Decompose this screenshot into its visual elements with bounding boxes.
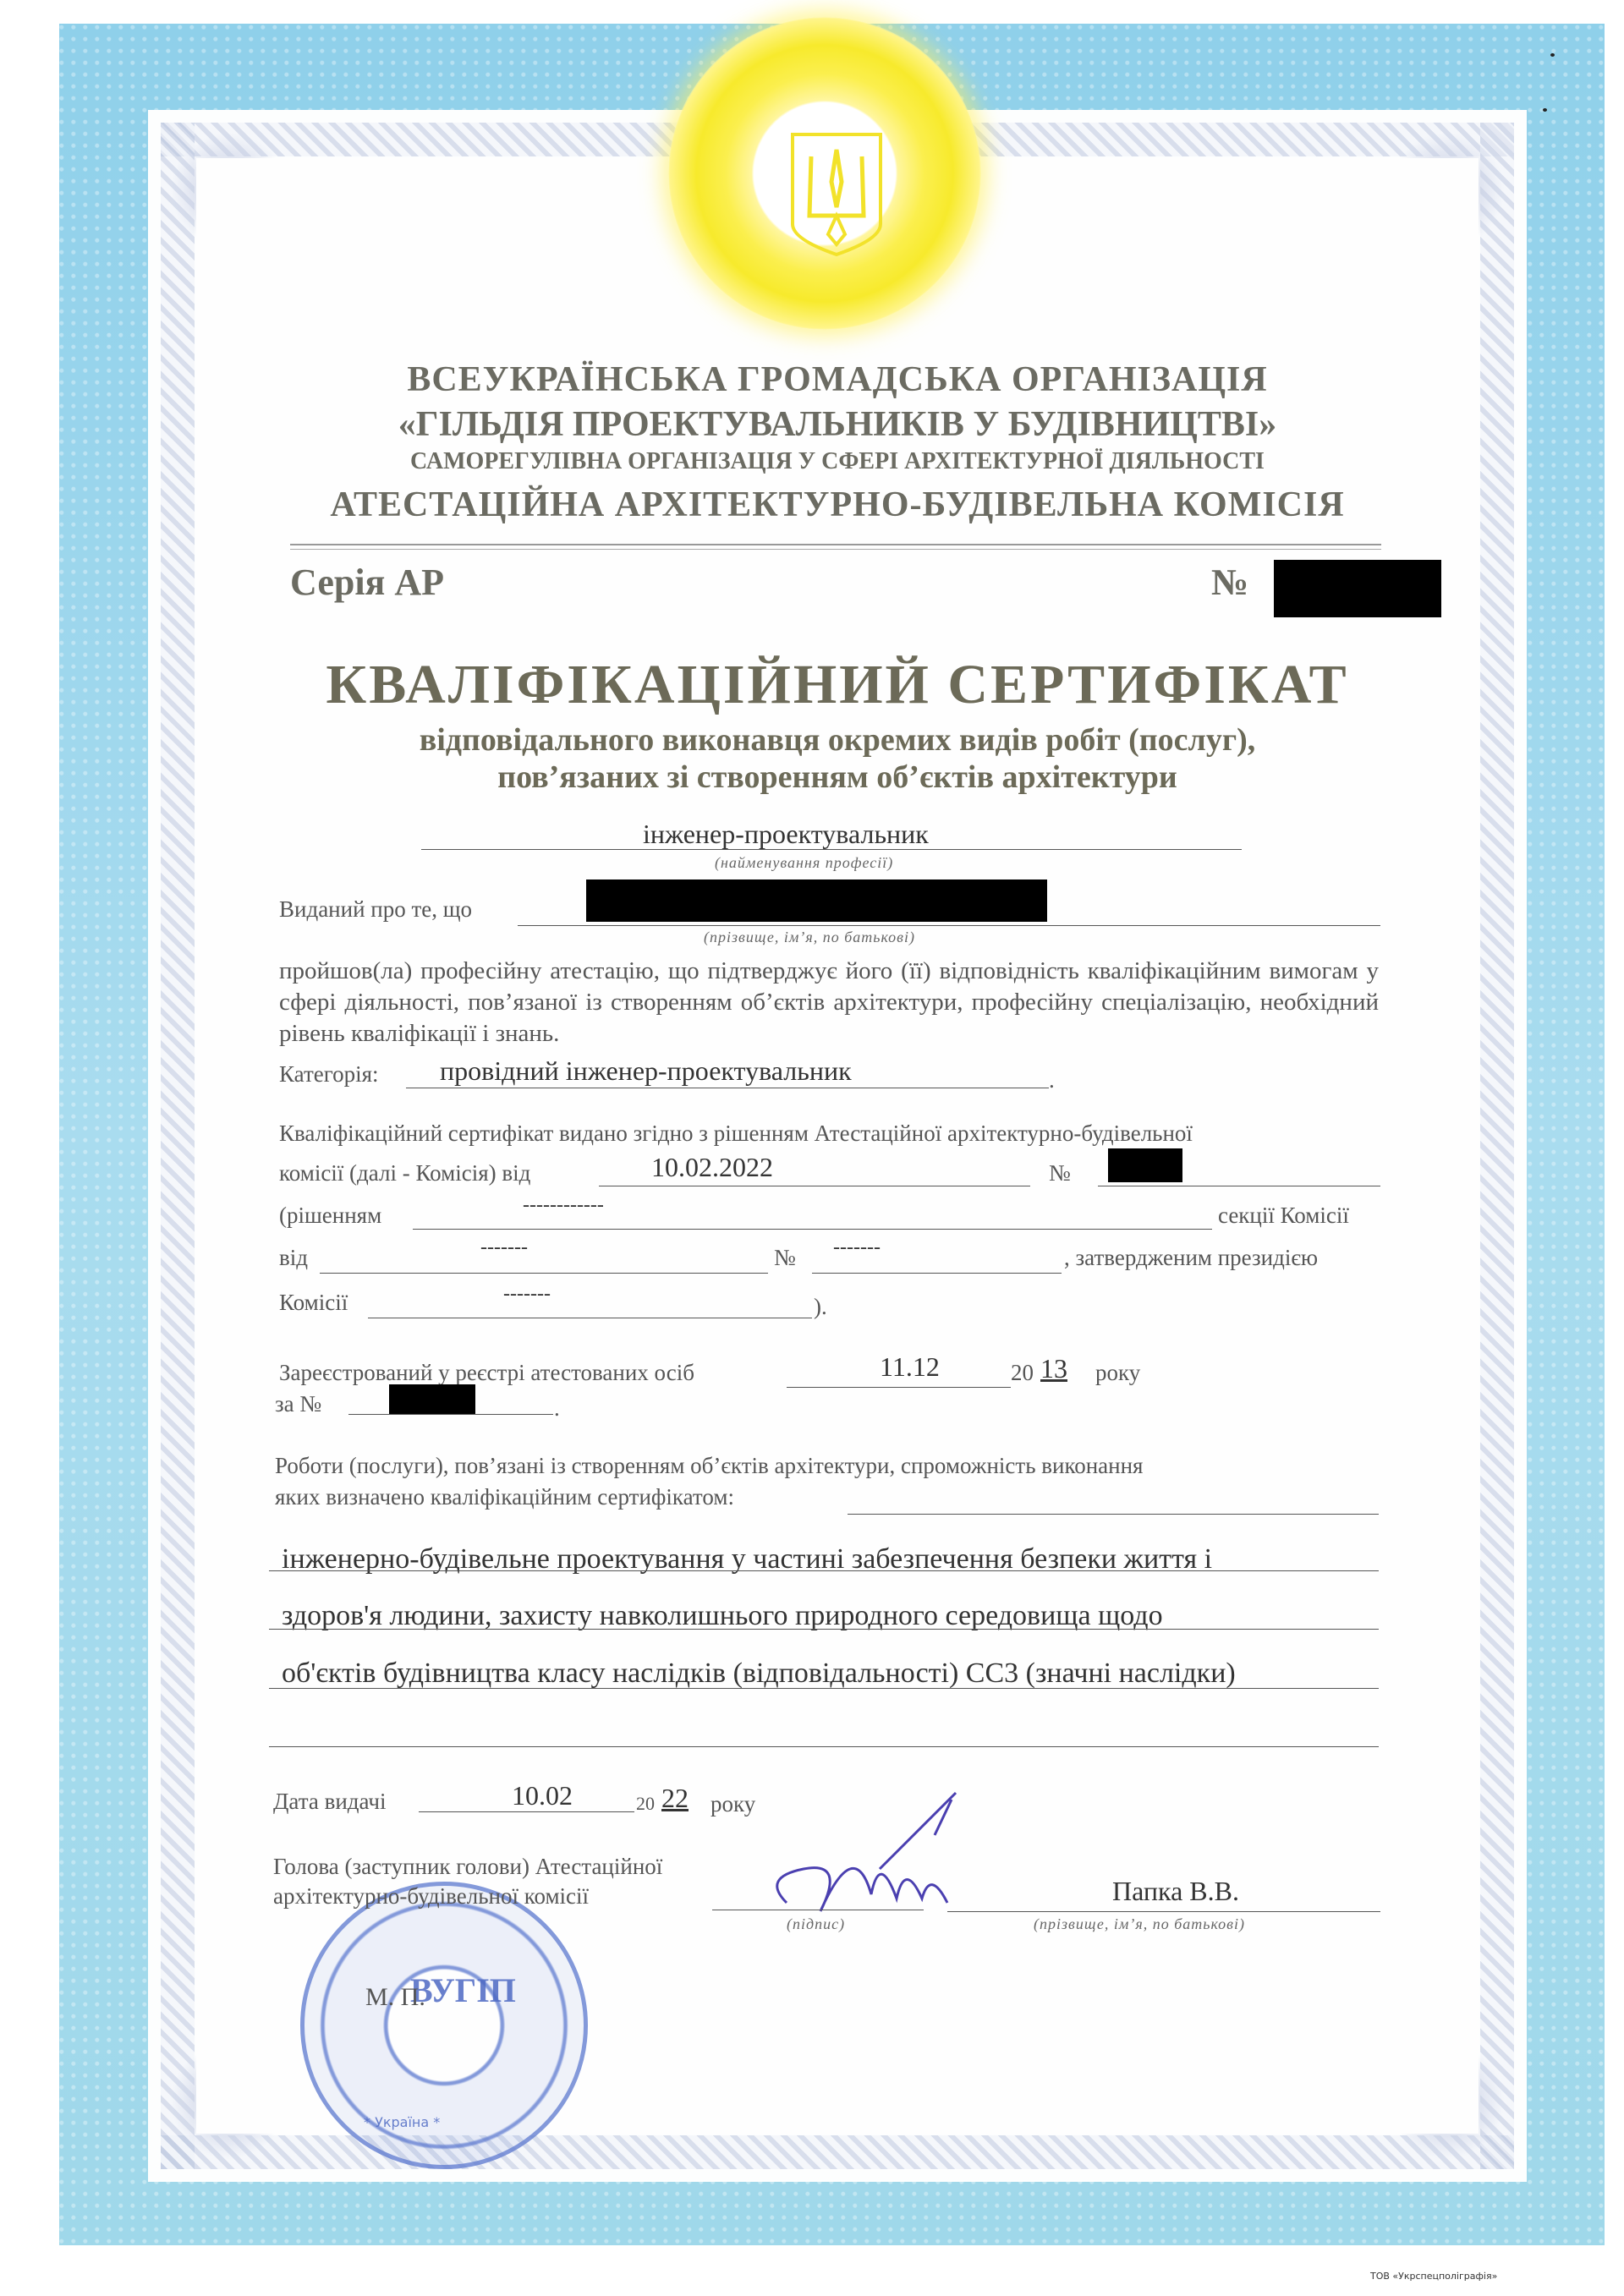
registry-date: 11.12 <box>880 1351 940 1383</box>
section-label-end: секції Комісії <box>1218 1203 1349 1229</box>
trident-coat-of-arms-icon <box>789 131 884 258</box>
scan-mark <box>1543 108 1547 112</box>
recipient-name-line <box>518 925 1380 926</box>
from-label: від <box>279 1245 308 1271</box>
category-line <box>406 1088 1049 1088</box>
works-line-3: об'єктів будівництва класу наслідків (ві… <box>282 1658 1236 1690</box>
scan-mark <box>1550 53 1555 57</box>
seal-logo-text: ВУГІП <box>410 1970 516 2010</box>
decision-line-1: Кваліфікаційний сертифікат видано згідно… <box>279 1121 1193 1147</box>
header-commission: АТЕСТАЦІЙНА АРХІТЕКТУРНО-БУДІВЕЛЬНА КОМІ… <box>196 485 1479 525</box>
works-underline-4 <box>269 1746 1379 1747</box>
official-seal <box>300 1882 588 2169</box>
certificate-subtitle-1: відповідального виконавця окремих видів … <box>196 721 1479 759</box>
section-line <box>413 1229 1212 1230</box>
section-value: ------------ <box>523 1194 604 1217</box>
from-number-line <box>812 1273 1062 1274</box>
profession-value: інженер-проектувальник <box>643 819 929 850</box>
signatory-name-line <box>947 1911 1380 1912</box>
header-divider <box>290 544 1381 550</box>
works-underline-1 <box>269 1570 1379 1571</box>
category-label: Категорія: <box>279 1061 379 1088</box>
signatory-name-hint: (прізвище, ім’я, по батькові) <box>1034 1915 1245 1933</box>
works-underline-3 <box>269 1688 1379 1689</box>
issue-date-value: 10.02 <box>512 1780 573 1811</box>
works-label-2: яких визначено кваліфікаційним сертифіка… <box>275 1484 734 1510</box>
issue-year-suffix: 22 <box>661 1783 689 1814</box>
issue-date-label: Дата видачі <box>273 1789 386 1815</box>
signatory-title-2: архітектурно-будівельної комісії <box>273 1883 589 1910</box>
from-number-label: № <box>774 1245 796 1271</box>
commission-label: Комісії <box>279 1290 348 1316</box>
recipient-name-hint: (прізвище, ім’я, по батькові) <box>704 929 915 946</box>
attestation-paragraph: пройшов(ла) професійну атестацію, що під… <box>279 956 1379 1049</box>
guilloche-border-left <box>161 123 195 2169</box>
issue-year-prefix: 20 <box>636 1793 655 1815</box>
section-label-start: (рішенням <box>279 1203 381 1229</box>
category-end: . <box>1049 1067 1055 1093</box>
decision-date-label: комісії (далі - Комісія) від <box>279 1160 530 1186</box>
registry-number-prefix: за № <box>275 1391 321 1417</box>
works-line-2: здоров'я людини, захисту навколишнього п… <box>282 1600 1163 1632</box>
certificate-series: Серія АР <box>290 561 444 604</box>
commission-line <box>368 1318 812 1318</box>
works-underline-2 <box>269 1629 1379 1630</box>
header-self-regulatory: САМОРЕГУЛІВНА ОРГАНІЗАЦІЯ У СФЕРІ АРХІТЕ… <box>196 448 1479 475</box>
issue-year-label: року <box>710 1791 755 1817</box>
certificate-number-label: № <box>1211 561 1248 604</box>
registry-year-suffix: 13 <box>1040 1353 1067 1384</box>
decision-number-line <box>1098 1186 1380 1186</box>
certificate-subtitle-2: пов’язаних зі створенням об’єктів архіте… <box>196 759 1479 796</box>
from-number-value: ------- <box>833 1236 881 1259</box>
from-line <box>320 1273 768 1274</box>
issued-to-label: Виданий про те, що <box>279 896 472 923</box>
commission-value: ------- <box>503 1283 551 1306</box>
registry-number-line <box>348 1414 553 1415</box>
decision-number-label: № <box>1049 1160 1071 1186</box>
works-label-line <box>848 1514 1379 1515</box>
from-value: ------- <box>480 1236 528 1259</box>
certificate-title: КВАЛІФІКАЦІЙНИЙ СЕРТИФІКАТ <box>196 653 1479 717</box>
profession-line <box>421 849 1242 850</box>
header-organization: ВСЕУКРАЇНСЬКА ГРОМАДСЬКА ОРГАНІЗАЦІЯ <box>196 359 1479 400</box>
works-label-1: Роботи (послуги), пов’язані із створення… <box>275 1453 1143 1479</box>
printer-imprint: ТОВ «Укрспецполіграфія» <box>1370 2271 1497 2282</box>
registry-label: Зареєстрований у реєстрі атестованих осі… <box>279 1360 694 1386</box>
recipient-name-redacted <box>586 879 1047 922</box>
decision-date-value: 10.02.2022 <box>651 1152 773 1183</box>
registry-number-redacted <box>389 1384 475 1414</box>
category-value: провідний інженер-проектувальник <box>440 1055 852 1087</box>
signatory-name: Папка В.В. <box>1112 1876 1239 1907</box>
signatory-title-1: Голова (заступник голови) Атестаційної <box>273 1854 662 1880</box>
registry-end: . <box>554 1395 560 1422</box>
signature-line <box>712 1910 924 1910</box>
profession-hint: (найменування професії) <box>715 854 893 872</box>
registry-date-line <box>787 1387 1011 1388</box>
commission-end: ). <box>814 1294 827 1320</box>
guilloche-border-right <box>1480 123 1514 2169</box>
seal-place-label: М. П. <box>365 1983 425 2012</box>
header-guild-name: «ГІЛЬДІЯ ПРОЕКТУВАЛЬНИКІВ У БУДІВНИЦТВІ» <box>196 404 1479 445</box>
certificate-number-redacted <box>1274 560 1441 617</box>
seal-country: * Україна * <box>364 2114 440 2130</box>
decision-date-line <box>599 1186 1030 1186</box>
registry-year-label: року <box>1095 1360 1140 1386</box>
decision-number-redacted <box>1108 1148 1182 1182</box>
registry-year-prefix: 20 <box>1011 1360 1034 1386</box>
approved-label: , затвердженим президією <box>1064 1245 1318 1271</box>
signature-hint: (підпис) <box>787 1915 845 1933</box>
issue-date-line <box>419 1811 634 1812</box>
